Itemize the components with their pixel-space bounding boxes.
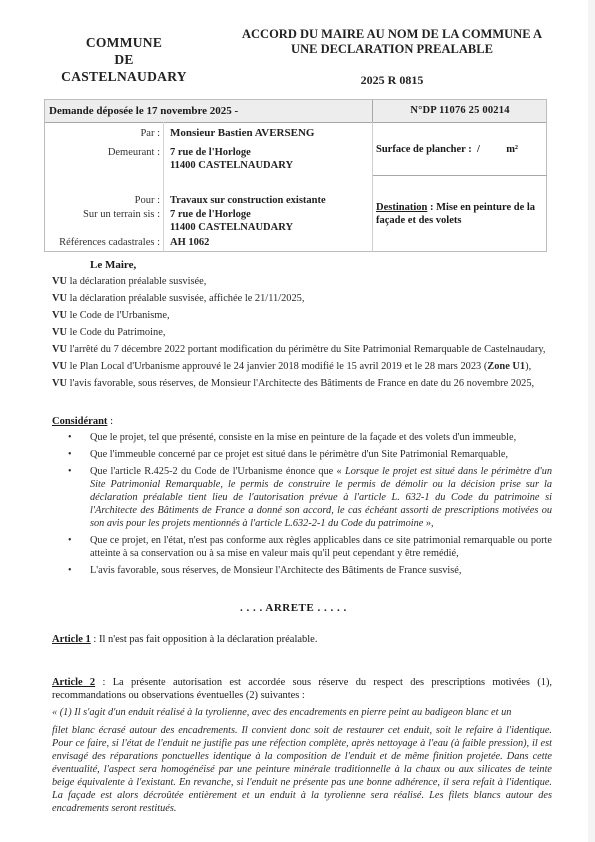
commune-line: COMMUNE <box>40 34 208 51</box>
applicant-address: 7 rue de l'Horloge 11400 CASTELNAUDARY <box>170 146 370 172</box>
maire-heading: Le Maire, <box>90 259 136 271</box>
considerant-heading: Considérant : <box>52 416 113 427</box>
works-description: Travaux sur construction existante <box>170 194 370 207</box>
cadastre-label: Références cadastrales : <box>45 236 160 249</box>
address-line: 7 rue de l'Horloge <box>170 146 370 159</box>
destination-separator: : <box>427 202 436 213</box>
vu-item: VU l'avis favorable, sous réserves, de M… <box>52 377 552 390</box>
cadastre-reference: AH 1062 <box>170 236 370 249</box>
request-date: Demande déposée le 17 novembre 2025 - <box>49 105 238 117</box>
request-info-table: Demande déposée le 17 novembre 2025 - N°… <box>44 99 547 252</box>
dp-number: N°DP 11076 25 00214 <box>372 100 547 122</box>
vu-list: VU la déclaration préalable susvisée, VU… <box>52 275 552 394</box>
commune-name: COMMUNE DE CASTELNAUDARY <box>40 34 208 85</box>
bullet-icon: • <box>68 534 72 547</box>
vu-item: VU la déclaration préalable susvisée, <box>52 275 552 288</box>
vu-item: VU le Code du Patrimoine, <box>52 326 552 339</box>
floor-area-label: Surface de plancher : <box>376 144 472 155</box>
prescription-text: « (1) Il s'agit d'un enduit réalisé à la… <box>52 706 552 815</box>
address-line: 7 rue de l'Horloge <box>170 208 370 221</box>
terrain-label: Sur un terrain sis : <box>45 208 160 221</box>
pour-label: Pour : <box>45 194 160 207</box>
vu-item: VU la déclaration préalable susvisée, af… <box>52 292 552 305</box>
list-item: •Que l'immeuble concerné par ce projet e… <box>52 448 552 461</box>
address-line: 11400 CASTELNAUDARY <box>170 159 370 172</box>
address-line: 11400 CASTELNAUDARY <box>170 221 370 234</box>
bullet-icon: • <box>68 465 72 478</box>
vu-item: VU le Plan Local d'Urbanisme approuvé le… <box>52 360 552 373</box>
considerant-list: •Que le projet, tel que présenté, consis… <box>52 431 552 581</box>
prescription-body: filet blanc écrasé autour des encadremen… <box>52 725 552 814</box>
list-item: •Que l'article R.425-2 du Code de l'Urba… <box>52 465 552 530</box>
bullet-icon: • <box>68 448 72 461</box>
par-label: Par : <box>45 127 160 140</box>
row-divider <box>373 175 547 176</box>
destination-label: Destination <box>376 202 427 213</box>
bullet-icon: • <box>68 564 72 577</box>
bullet-icon: • <box>68 431 72 444</box>
list-item: •Que ce projet, en l'état, n'est pas con… <box>52 534 552 560</box>
floor-area: Surface de plancher : / m² <box>376 144 518 155</box>
article-1: Article 1 : Il n'est pas fait opposition… <box>52 634 317 645</box>
page-edge-shadow <box>588 0 595 842</box>
column-divider <box>372 122 373 251</box>
prescription-first-line: « (1) Il s'agit d'un enduit réalisé à la… <box>52 706 552 719</box>
destination: Destination : Mise en peinture de la faç… <box>376 201 546 227</box>
applicant-name: Monsieur Bastien AVERSENG <box>170 127 370 140</box>
document-title: ACCORD DU MAIRE AU NOM DE LA COMMUNE A U… <box>212 27 572 57</box>
table-header: Demande déposée le 17 novembre 2025 - N°… <box>45 100 546 123</box>
column-divider <box>163 122 164 251</box>
list-item: •Que le projet, tel que présenté, consis… <box>52 431 552 444</box>
title-line: ACCORD DU MAIRE AU NOM DE LA COMMUNE A <box>212 27 572 42</box>
demeurant-label: Demeurant : <box>45 146 160 159</box>
title-line: UNE DECLARATION PREALABLE <box>212 42 572 57</box>
commune-line: CASTELNAUDARY <box>40 68 208 85</box>
article-2: Article 2 : La présente autorisation est… <box>52 676 552 702</box>
floor-area-value: / <box>477 144 480 155</box>
vu-item: VU le Code de l'Urbanisme, <box>52 309 552 322</box>
terrain-address: 7 rue de l'Horloge 11400 CASTELNAUDARY <box>170 208 370 234</box>
arrete-heading: . . . . ARRETE . . . . . <box>240 602 347 614</box>
vu-item: VU l'arrêté du 7 décembre 2022 portant m… <box>52 343 552 356</box>
list-item: •L'avis favorable, sous réserves, de Mon… <box>52 564 552 577</box>
commune-line: DE <box>40 51 208 68</box>
floor-area-unit: m² <box>506 144 518 155</box>
reference-number: 2025 R 0815 <box>212 73 572 88</box>
